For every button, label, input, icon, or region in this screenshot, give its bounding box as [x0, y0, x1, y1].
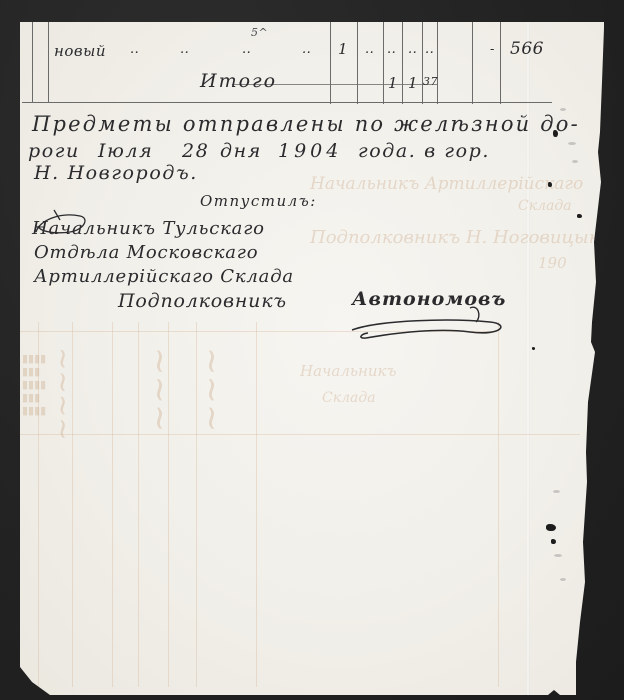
- table-cell: ..: [425, 42, 434, 57]
- ghost-column-header: ~~~: [192, 347, 232, 432]
- worm-hole: [577, 214, 582, 218]
- leader-dots: ..: [180, 42, 189, 57]
- note-month: Іюля: [98, 140, 153, 162]
- worm-hole: [548, 182, 552, 187]
- signature-flourish-icon: [340, 302, 510, 342]
- total-value: 1: [408, 74, 418, 92]
- leader-dots: ..: [302, 42, 311, 57]
- table-cell: ..: [408, 42, 417, 57]
- ghost-text-line: Склада: [322, 390, 376, 406]
- note-line-3: Н. Новгородъ.: [34, 162, 198, 184]
- worm-hole: [553, 130, 558, 137]
- ghost-text-line: 190: [538, 254, 567, 272]
- initial-flourish-icon: [30, 202, 110, 242]
- table-bottom-rule: [22, 102, 552, 103]
- table-column-line: [48, 22, 49, 102]
- ghost-column-header: ~~~: [140, 347, 180, 432]
- note-text: роги: [28, 140, 80, 162]
- worm-hole: [546, 524, 556, 531]
- stray-mark: 5^: [251, 26, 268, 39]
- total-value: 1: [388, 74, 398, 92]
- ghost-text-line: Склада: [518, 198, 572, 214]
- paper-flake: [572, 160, 578, 163]
- ghost-text-line: Начальникъ: [300, 362, 397, 380]
- paper-flake: [554, 554, 562, 557]
- ghost-text-line: Начальникъ Артиллерійскаго: [310, 174, 583, 194]
- paper-flake: [553, 490, 560, 493]
- note-line-1: Предметы отправлены по желѣзной до-: [32, 112, 580, 136]
- table-cell: ..: [365, 42, 374, 57]
- ghost-column-line: [138, 322, 139, 687]
- ghost-column-line: [498, 322, 499, 687]
- table-column-line: [32, 22, 33, 102]
- signatory-title-line-3: Артиллерійскаго Склада: [34, 266, 294, 287]
- worm-hole: [532, 347, 535, 350]
- paper-flake: [560, 578, 566, 581]
- total-value: 37: [423, 75, 438, 88]
- ghost-column-header: ~~~~: [47, 347, 80, 441]
- leader-dots: ..: [242, 42, 251, 57]
- quantity-cell: 1: [338, 40, 348, 58]
- note-day: 28: [182, 140, 209, 162]
- note-year: 1904: [278, 140, 342, 162]
- ghost-rule: [20, 434, 580, 435]
- ghost-text-line: Подполковникъ Н. Ноговицынъ: [310, 227, 613, 248]
- note-text: года. в гор.: [358, 140, 490, 162]
- leader-dots: ..: [130, 42, 139, 57]
- signatory-title-line-2: Отдѣла Московскаго: [34, 242, 258, 263]
- paper-flake: [560, 108, 566, 111]
- paper-flake: [568, 142, 576, 145]
- table-column-line: [357, 22, 358, 104]
- table-column-line: [422, 22, 423, 104]
- document-page: Начальникъ Артиллерійскаго Склада Подпол…: [20, 22, 604, 695]
- table-column-line: [383, 22, 384, 104]
- total-label: Итого: [200, 70, 277, 92]
- table-column-line: [330, 22, 331, 104]
- item-name: новый: [54, 42, 106, 60]
- table-cell: ..: [387, 42, 396, 57]
- amount-dash: -: [490, 42, 495, 57]
- table-column-line: [472, 22, 473, 104]
- table-column-line: [402, 22, 403, 104]
- ghost-column-line: [112, 322, 113, 687]
- table-column-line: [500, 22, 501, 104]
- signatory-rank: Подполковникъ: [118, 290, 287, 312]
- released-by-label: Отпустилъ:: [200, 192, 317, 210]
- table-column-line: [437, 22, 438, 104]
- ghost-column-line: [256, 322, 257, 687]
- note-text: дня: [220, 140, 262, 162]
- worm-hole: [551, 539, 556, 544]
- amount-cell: 566: [510, 39, 544, 59]
